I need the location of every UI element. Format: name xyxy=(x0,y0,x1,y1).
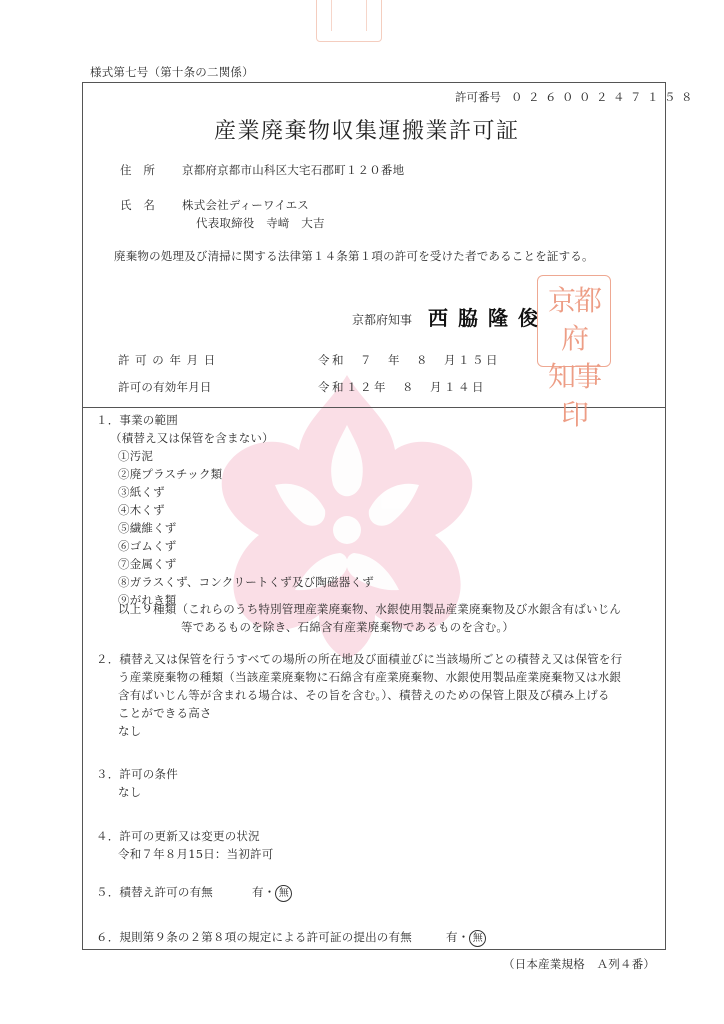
governor-seal-stamp: 京都府 知事印 xyxy=(537,275,611,367)
section-1-summary-line-1: 以上９種類（これらのうち特別管理産業廃棄物、水銀使用製品産業廃棄物及び水銀含有ば… xyxy=(118,601,621,617)
certification-statement: 廃棄物の処理及び清掃に関する法律第１４条第１項の許可を受けた者であることを証する… xyxy=(114,248,594,264)
section-6-heading: ６．規則第９条の２第８項の規定による許可証の提出の有無 xyxy=(96,929,412,945)
partial-seal-stamp xyxy=(316,0,382,42)
option-separator: ・ xyxy=(458,930,470,944)
section-1-heading: １．事業の範囲 xyxy=(96,412,178,428)
section-1-note: （積替え又は保管を含まない） xyxy=(110,430,274,446)
permit-date-label: 許 可 の 年 月 日 xyxy=(118,352,216,368)
section-3-heading: ３．許可の条件 xyxy=(96,766,178,782)
waste-item: ④木くず xyxy=(118,502,165,518)
expiry-date-value: 令和１２年 ８ 月１４日 xyxy=(318,379,486,395)
section-6-options: 有・無 xyxy=(446,929,486,947)
option-yes: 有 xyxy=(252,885,264,899)
section-2-line-4: ことができる高さ xyxy=(118,705,212,721)
section-5-heading: ５．積替え許可の有無 xyxy=(96,884,213,900)
section-2-value: なし xyxy=(118,723,141,739)
section-2-line-2: う産業廃棄物の種類（当該産業廃棄物に石綿含有産業廃棄物、水銀使用製品産業廃棄物又… xyxy=(118,669,621,685)
waste-item: ②廃プラスチック類 xyxy=(118,466,222,482)
waste-item: ⑧ガラスくず、コンクリートくず及び陶磁器くず xyxy=(118,574,374,590)
option-no-circled: 無 xyxy=(275,885,292,902)
section-2-line-1: ２．積替え又は保管を行うすべての場所の所在地及び面積並びに当該場所ごとの積替え又… xyxy=(96,651,622,667)
section-4-heading: ４．許可の更新又は変更の状況 xyxy=(96,828,260,844)
name-label: 氏 名 xyxy=(120,197,155,213)
expiry-date-label: 許可の有効年月日 xyxy=(118,379,212,395)
section-1-summary-line-2: 等であるものを除き、石綿含有産業廃棄物であるものを含む。） xyxy=(181,619,514,635)
permit-number-value: ０２６００２４７１５８ xyxy=(511,90,698,104)
section-5-options: 有・無 xyxy=(252,884,292,902)
company-name: 株式会社ディーワイエス xyxy=(182,197,309,213)
option-no-circled: 無 xyxy=(469,930,486,947)
section-2-line-3: 含有ばいじん等が含まれる場合は、その旨を含む。）、積替えのための保管上限及び積み… xyxy=(118,687,610,703)
document-title: 産業廃棄物収集運搬業許可証 xyxy=(214,114,520,145)
issuer-title: 京都府知事 xyxy=(352,311,412,328)
waste-item: ⑥ゴムくず xyxy=(118,538,177,554)
issuer-name: 西脇隆俊 xyxy=(428,302,548,331)
permit-number-label: 許可番号 xyxy=(455,90,501,104)
option-separator: ・ xyxy=(264,885,276,899)
waste-item: ⑤繊維くず xyxy=(118,520,177,536)
waste-item: ③紙くず xyxy=(118,484,165,500)
certificate-frame xyxy=(82,82,666,950)
permit-number: 許可番号０２６００２４７１５８ xyxy=(455,89,698,105)
waste-item: ⑦金属くず xyxy=(118,556,177,572)
waste-item: ①汚泥 xyxy=(118,448,153,464)
footer-standard-note: （日本産業規格 Ａ列４番） xyxy=(503,956,655,972)
permit-date-value: 令和 ７ 年 ８ 月１５日 xyxy=(318,352,500,368)
section-4-value: 令和７年８月15日：当初許可 xyxy=(118,846,273,862)
section-3-value: なし xyxy=(118,784,141,800)
seal-row-2: 知事印 xyxy=(538,358,610,434)
option-yes: 有 xyxy=(446,930,458,944)
address-value: 京都府京都市山科区大宅石郡町１２０番地 xyxy=(182,162,404,178)
representative-name: 代表取締役 寺﨑 大吉 xyxy=(196,215,325,231)
address-label: 住 所 xyxy=(120,162,155,178)
form-number-header: 様式第七号（第十条の二関係） xyxy=(90,64,254,80)
seal-row-1: 京都府 xyxy=(538,282,610,358)
